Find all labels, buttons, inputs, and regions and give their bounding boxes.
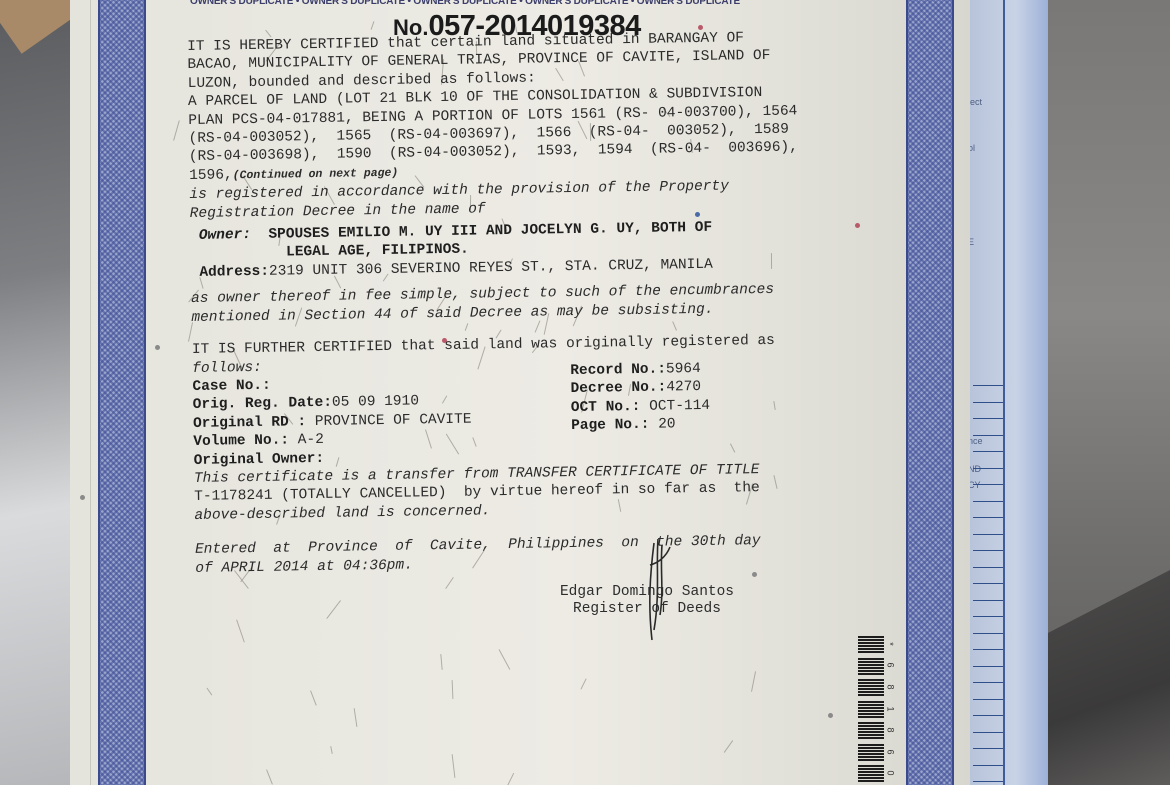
form-rule bbox=[973, 385, 1003, 386]
table-surface-right bbox=[1045, 0, 1170, 785]
case-no-label: Case No.: bbox=[192, 378, 271, 395]
form-rule-line bbox=[1003, 0, 1005, 785]
form-rule bbox=[973, 418, 1003, 419]
signatory-title: Register of Deeds bbox=[552, 601, 742, 618]
owner-label: Owner: bbox=[199, 227, 251, 244]
form-rule bbox=[973, 550, 1003, 551]
form-rule bbox=[973, 435, 1003, 436]
barcode-bars bbox=[858, 679, 884, 697]
volume-no-value: A-2 bbox=[289, 432, 324, 449]
form-rule bbox=[973, 715, 1003, 716]
metal-fold bbox=[1045, 570, 1170, 785]
barcode: *681860 bbox=[858, 634, 886, 785]
paper-fleck bbox=[155, 345, 160, 350]
paper-fiber bbox=[310, 690, 317, 706]
form-rule bbox=[973, 616, 1003, 617]
continued-note: (Continued on next page) bbox=[233, 167, 399, 183]
paper-fleck bbox=[828, 713, 833, 718]
background-form-page: ject ol E nce ND CY bbox=[968, 0, 1048, 785]
paper-fiber bbox=[326, 600, 341, 619]
form-rule bbox=[973, 517, 1003, 518]
paper-fiber bbox=[498, 649, 510, 670]
paper-fiber bbox=[445, 577, 454, 589]
original-rd-value: PROVINCE OF CAVITE bbox=[306, 411, 472, 430]
form-rule bbox=[973, 567, 1003, 568]
paper-fiber bbox=[173, 121, 180, 141]
barcode-bars bbox=[858, 658, 884, 676]
form-rule bbox=[973, 501, 1003, 502]
reg-field: OCT No.: OCT-114 bbox=[571, 397, 711, 418]
paper-fiber bbox=[440, 654, 442, 670]
owners-duplicate-strip: OWNER'S DUPLICATE • OWNER'S DUPLICATE • … bbox=[190, 0, 750, 7]
original-rd-label: Original RD : bbox=[193, 414, 306, 432]
paper-fleck bbox=[80, 495, 85, 500]
paper-fiber bbox=[266, 769, 273, 784]
form-label: ject bbox=[968, 97, 982, 107]
page-no-value: 20 bbox=[649, 416, 675, 432]
paper-fiber bbox=[580, 679, 586, 690]
volume-no-label: Volume No.: bbox=[193, 433, 289, 451]
paper-fiber bbox=[207, 688, 213, 696]
reg-field: Decree No.:4270 bbox=[570, 378, 710, 399]
form-rule bbox=[973, 600, 1003, 601]
barcode-digit: 6 bbox=[886, 663, 896, 668]
signatory-block: Edgar Domingo Santos Register of Deeds bbox=[552, 584, 742, 618]
paper-fiber bbox=[370, 22, 374, 31]
form-rule bbox=[973, 451, 1003, 452]
record-no-value: 5964 bbox=[666, 361, 701, 378]
reg-field: Page No.: 20 bbox=[571, 415, 711, 436]
barcode-digit: 6 bbox=[886, 749, 896, 754]
signatory-name: Edgar Domingo Santos bbox=[552, 584, 742, 601]
form-rule bbox=[973, 534, 1003, 535]
paper-fleck bbox=[752, 572, 757, 577]
form-rule bbox=[973, 699, 1003, 700]
barcode-bars bbox=[858, 722, 884, 740]
barcode-digit: 0 bbox=[886, 771, 896, 776]
parcel-last: 1596, bbox=[189, 167, 233, 184]
paper-fiber bbox=[330, 746, 333, 754]
paper-edge bbox=[90, 0, 91, 785]
barcode-bars bbox=[858, 765, 884, 783]
form-rule bbox=[973, 402, 1003, 403]
security-border-right bbox=[906, 0, 954, 785]
form-label: nce bbox=[968, 436, 983, 446]
oct-no-label: OCT No.: bbox=[571, 399, 641, 416]
orig-reg-date-label: Orig. Reg. Date: bbox=[193, 395, 332, 413]
paper-fiber bbox=[452, 680, 454, 699]
paper-fiber bbox=[452, 754, 456, 778]
form-rule bbox=[973, 765, 1003, 766]
original-registration-right: Record No.:5964 Decree No.:4270 OCT No.:… bbox=[570, 360, 711, 464]
form-rule bbox=[973, 484, 1003, 485]
paper-fiber bbox=[505, 773, 515, 785]
orig-reg-date-value: 05 09 1910 bbox=[332, 394, 419, 411]
original-registration-block: Case No.: Orig. Reg. Date:05 09 1910 Ori… bbox=[192, 367, 873, 470]
decree-no-label: Decree No.: bbox=[570, 380, 666, 398]
paper-fiber bbox=[354, 708, 358, 727]
form-rule bbox=[973, 666, 1003, 667]
form-rule bbox=[973, 781, 1003, 782]
certificate-body: IT IS HEREBY CERTIFIED that certain land… bbox=[187, 27, 875, 578]
oct-no-value: OCT-114 bbox=[640, 398, 710, 415]
decree-no-value: 4270 bbox=[666, 379, 701, 396]
form-rule bbox=[973, 649, 1003, 650]
original-owner-label: Original Owner: bbox=[194, 450, 325, 468]
form-rule bbox=[973, 583, 1003, 584]
table-surface-left bbox=[0, 0, 72, 785]
paper-fiber bbox=[236, 619, 245, 642]
form-rule bbox=[973, 682, 1003, 683]
form-rule bbox=[973, 633, 1003, 634]
original-registration-left: Case No.: Orig. Reg. Date:05 09 1910 Ori… bbox=[192, 372, 571, 470]
form-rule bbox=[973, 748, 1003, 749]
paper-fiber bbox=[751, 671, 756, 692]
barcode-digit: 8 bbox=[886, 728, 896, 733]
barcode-bars bbox=[858, 636, 884, 654]
barcode-bars bbox=[858, 744, 884, 762]
address-label: Address: bbox=[199, 264, 269, 281]
form-rule bbox=[973, 732, 1003, 733]
page-no-label: Page No.: bbox=[571, 417, 650, 434]
barcode-digit: 1 bbox=[886, 706, 896, 711]
security-border-left bbox=[98, 0, 146, 785]
paper-fiber bbox=[723, 741, 732, 754]
record-no-label: Record No.: bbox=[570, 361, 666, 379]
reg-field: Record No.:5964 bbox=[570, 360, 710, 381]
form-rule bbox=[973, 468, 1003, 469]
barcode-digit: 8 bbox=[886, 684, 896, 689]
owner-name-cont: LEGAL AGE, FILIPINOS. bbox=[286, 242, 469, 261]
barcode-digit: * bbox=[885, 642, 895, 646]
barcode-bars bbox=[858, 701, 884, 719]
